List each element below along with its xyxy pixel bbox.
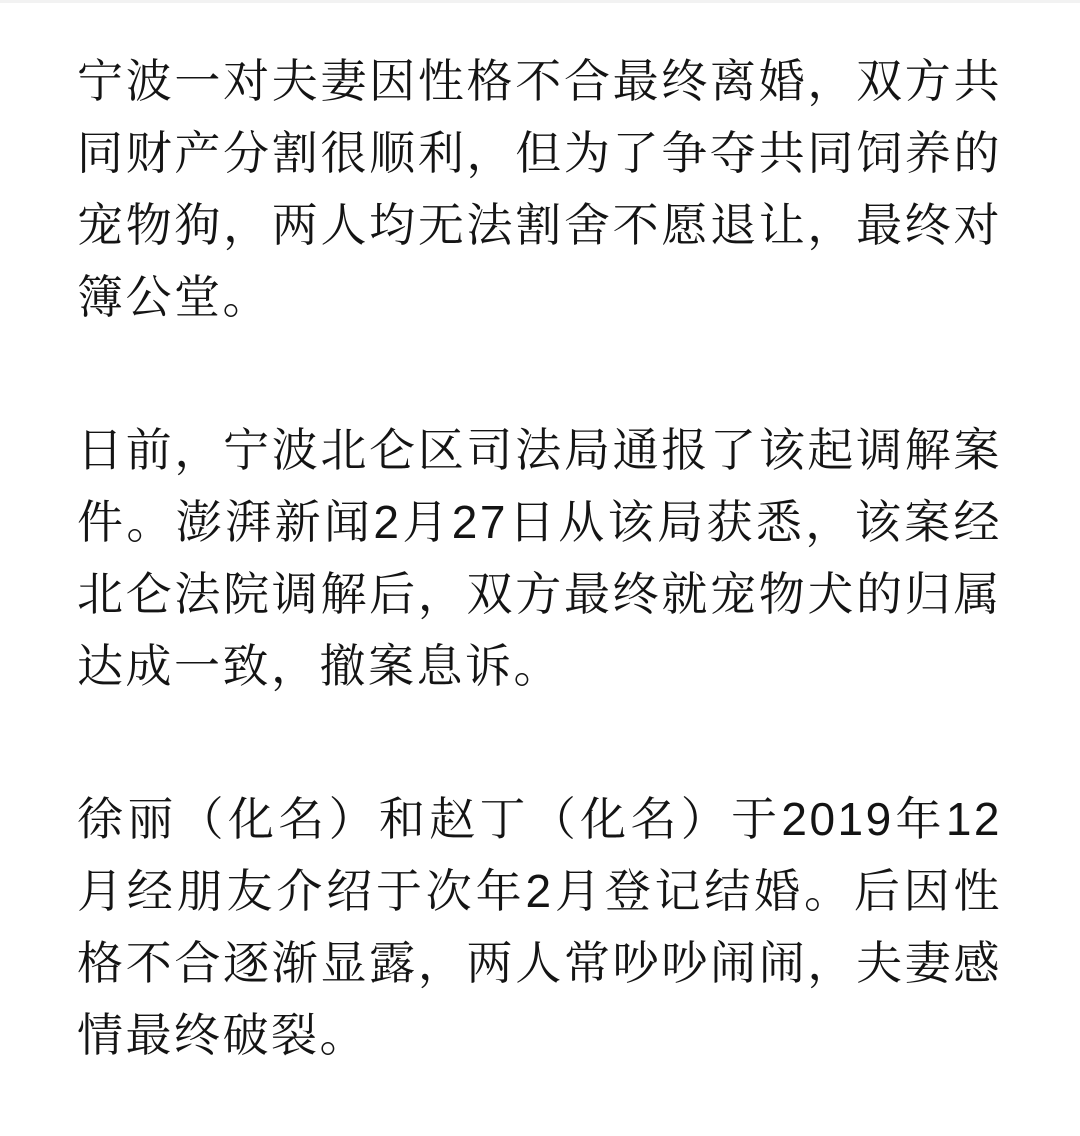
article-paragraph: 宁波一对夫妻因性格不合最终离婚，双方共同财产分割很顺利，但为了争夺共同饲养的宠物… [77,45,1002,333]
article-body: 宁波一对夫妻因性格不合最终离婚，双方共同财产分割很顺利，但为了争夺共同饲养的宠物… [0,3,1080,1071]
article-paragraph: 日前，宁波北仑区司法局通报了该起调解案件。澎湃新闻2月27日从该局获悉，该案经北… [77,414,1002,702]
article-paragraph: 徐丽（化名）和赵丁（化名）于2019年12月经朋友介绍于次年2月登记结婚。后因性… [77,783,1002,1071]
